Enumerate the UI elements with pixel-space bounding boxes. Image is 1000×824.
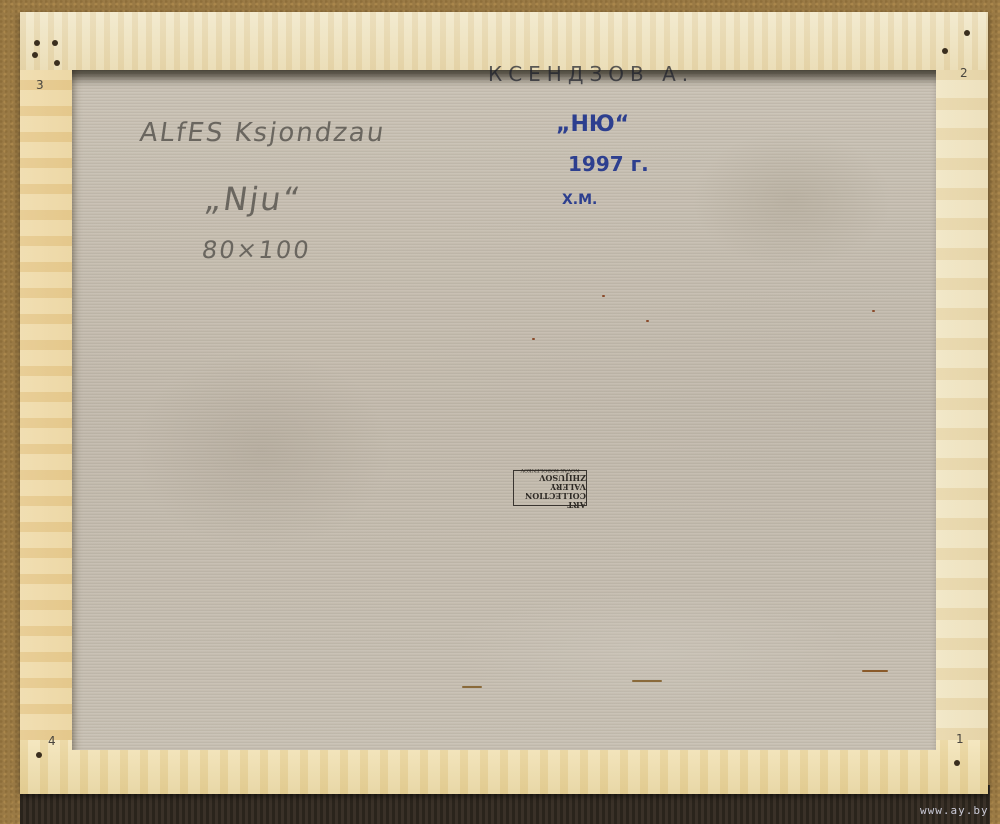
canvas-stain xyxy=(692,130,892,270)
staple-hole xyxy=(942,48,948,54)
canvas-stain xyxy=(452,590,852,710)
paint-speck xyxy=(632,680,662,682)
canvas-back xyxy=(72,70,936,750)
pencil-title: „Nju“ xyxy=(202,180,304,218)
frame-bar-left xyxy=(20,70,72,740)
pencil-artist-name: ALfES Ksjondzau xyxy=(138,118,388,148)
blue-medium: Х.М. xyxy=(562,192,597,208)
frame-number-top-left: 3 xyxy=(36,78,44,92)
staple-hole xyxy=(964,30,970,36)
collection-stamp: ART COLLECTION VALERY ZHIJUSOV NOVAK ROB… xyxy=(513,470,587,506)
paint-speck xyxy=(532,338,535,340)
stamp-line-1: ART COLLECTION xyxy=(514,492,586,510)
staple-hole xyxy=(54,60,60,66)
staple-hole xyxy=(32,52,38,58)
frame-number-bottom-right: 1 xyxy=(956,732,964,746)
watermark: www.ay.by xyxy=(920,804,989,817)
frame-number-bottom-left: 4 xyxy=(48,734,56,748)
pencil-size: 80×100 xyxy=(200,236,312,264)
stamp-line-2: VALERY ZHIJUSOV xyxy=(514,474,586,492)
paint-speck xyxy=(872,310,875,312)
frame-bar-right xyxy=(936,70,988,740)
blue-title: „НЮ“ xyxy=(556,112,629,137)
staple-hole xyxy=(34,40,40,46)
stamp-line-3: NOVAK ROBOLENKOV xyxy=(521,467,580,474)
canvas-stain xyxy=(132,350,392,550)
staple-hole xyxy=(52,40,58,46)
paint-speck xyxy=(462,686,482,688)
blue-year: 1997 г. xyxy=(568,152,649,176)
frame-number-top-right: 2 xyxy=(960,66,968,80)
top-edge-inscription: КСЕНДЗОВ А. xyxy=(488,62,694,86)
staple-hole xyxy=(36,752,42,758)
staple-hole xyxy=(954,760,960,766)
paint-speck xyxy=(862,670,888,672)
paint-speck xyxy=(646,320,649,322)
paint-speck xyxy=(602,295,605,297)
